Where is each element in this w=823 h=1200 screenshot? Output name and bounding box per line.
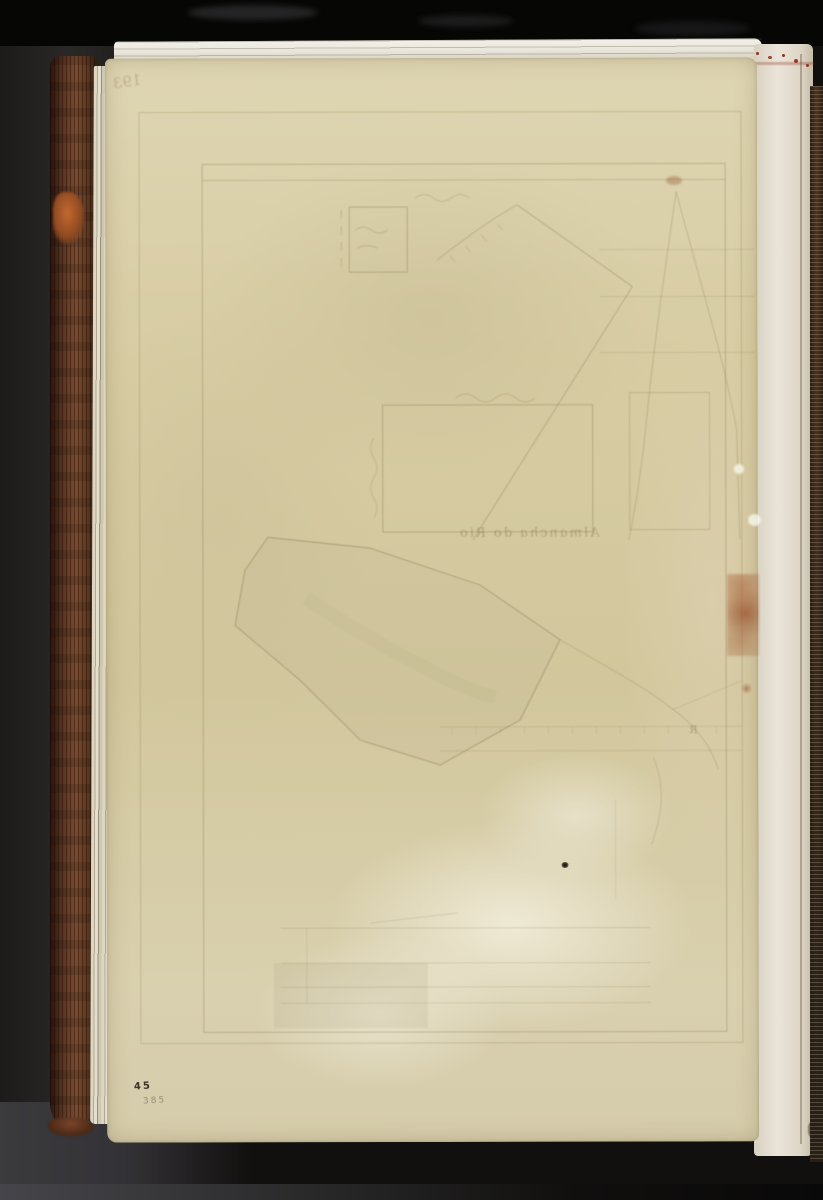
showthrough-vertical-squiggle xyxy=(371,438,377,518)
glare-reflection xyxy=(635,21,750,36)
showthrough-hatching xyxy=(450,224,502,262)
showthrough-legend-smudge xyxy=(274,963,428,1028)
showthrough-square-scribble xyxy=(355,227,387,248)
showthrough-road-fork-right xyxy=(676,191,740,539)
dark-fleck xyxy=(561,862,569,868)
showthrough-parcel-long-diagonal xyxy=(472,287,633,540)
showthrough-curve-branch xyxy=(651,758,661,845)
photo-of-open-book: Almancha do Rio R 193 45 385 xyxy=(0,0,823,1200)
parchment-page: Almancha do Rio R 193 xyxy=(105,57,759,1142)
brown-smudge xyxy=(666,176,682,185)
showthrough-frame-doubleline xyxy=(202,179,725,180)
background-bottom-strip xyxy=(0,1184,823,1200)
showthrough-curve-branch2 xyxy=(673,681,740,709)
edge-speck xyxy=(806,64,809,67)
showthrough-scribble-top xyxy=(415,194,469,201)
glare-reflection xyxy=(418,15,513,27)
rust-stain-cluster xyxy=(727,574,759,656)
pencil-mark-secondary: 385 xyxy=(143,1096,167,1106)
showthrough-legend-slant xyxy=(371,913,458,923)
fore-edge-crease xyxy=(800,54,802,1144)
showthrough-legend-line xyxy=(281,928,651,929)
map-showthrough-svg xyxy=(105,57,759,1142)
edge-speck xyxy=(794,59,798,63)
spine-tear-patch xyxy=(53,192,85,244)
showthrough-inset-rect xyxy=(383,405,593,532)
worn-light-spot xyxy=(748,514,761,526)
page-block-edge-far-right xyxy=(810,86,823,1162)
showthrough-caption-squiggle-above xyxy=(456,394,536,402)
edge-speck xyxy=(768,56,772,59)
showthrough-letter-r: R xyxy=(689,723,699,736)
edge-speck xyxy=(756,52,759,55)
showthrough-small-square xyxy=(349,207,407,272)
spine-foot xyxy=(48,1118,94,1136)
edge-speck xyxy=(782,54,785,57)
worn-light-spot xyxy=(734,464,744,474)
glare-reflection xyxy=(188,5,318,20)
showthrough-legend-line xyxy=(281,963,651,964)
pencil-mark-primary: 45 xyxy=(134,1081,153,1092)
showthrough-parcel-left-curve xyxy=(437,205,517,260)
showthrough-road-fork-left xyxy=(628,191,677,539)
showthrough-caption-text: Almancha do Rio xyxy=(457,526,600,541)
rust-stain-dot xyxy=(741,682,752,695)
fore-edge-right xyxy=(754,44,813,1156)
showthrough-parcel-right-slope xyxy=(517,205,632,287)
